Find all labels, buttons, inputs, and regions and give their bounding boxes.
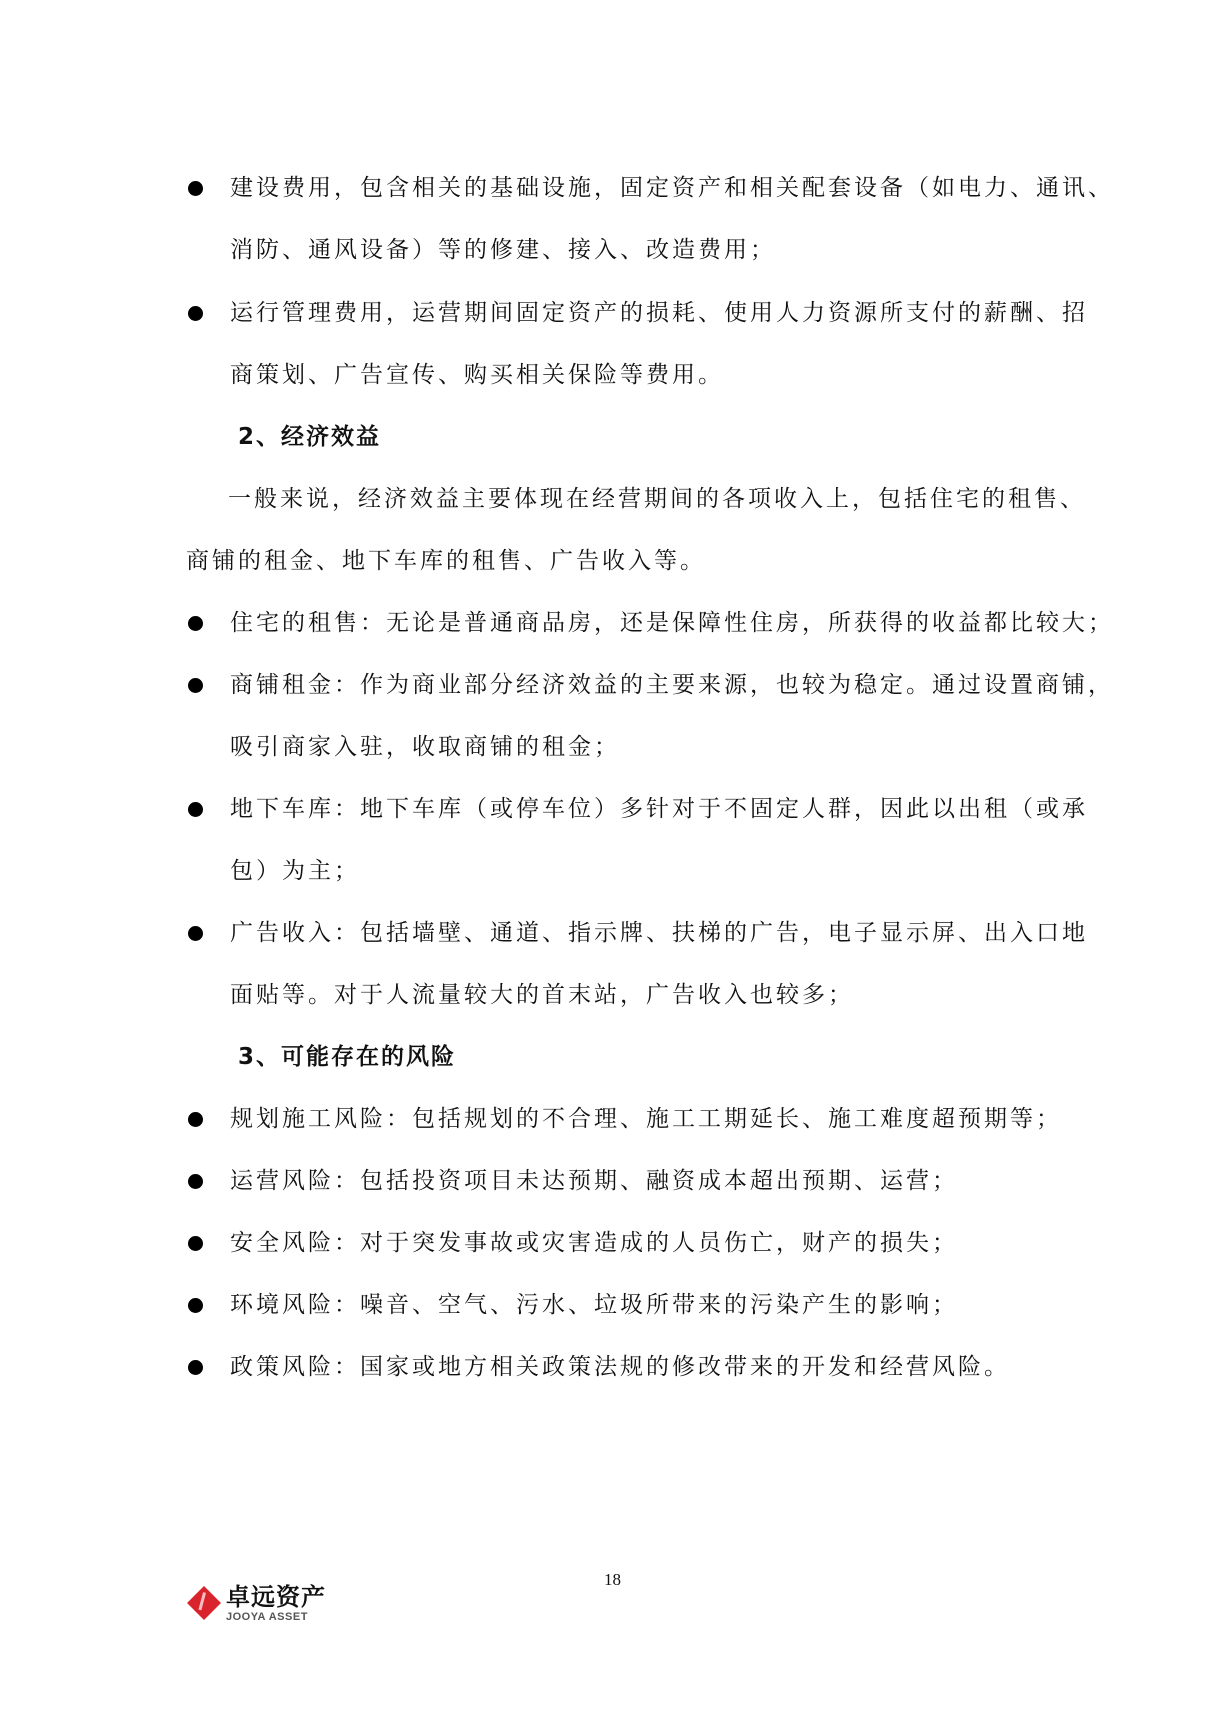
- section3-item-2: 运营风险：包括投资项目未达预期、融资成本超出预期、运营；: [230, 1166, 958, 1196]
- bullet-icon: [188, 1360, 203, 1375]
- bullet-icon: [188, 1112, 203, 1127]
- logo-english-name: JOOYA ASSET: [226, 1611, 308, 1623]
- section2-item-2-line-1: 商铺租金：作为商业部分经济效益的主要来源，也较为稳定。通过设置商铺，: [230, 670, 1114, 700]
- section2-item-4-line-1: 广告收入：包括墙壁、通道、指示牌、扶梯的广告，电子显示屏、出入口地: [230, 918, 1088, 948]
- section2-item-1-line-1: 住宅的租售：无论是普通商品房，还是保障性住房，所获得的收益都比较大；: [230, 608, 1114, 638]
- bullet-icon: [188, 616, 203, 631]
- bullet-icon: [188, 802, 203, 817]
- section2-intro-line-1: 一般来说，经济效益主要体现在经营期间的各项收入上，包括住宅的租售、: [228, 484, 1086, 514]
- section2-item-2-line-2: 吸引商家入驻，收取商铺的租金；: [230, 732, 620, 762]
- section2-intro-line-2: 商铺的租金、地下车库的租售、广告收入等。: [186, 546, 706, 576]
- section2-item-3-line-2: 包）为主；: [230, 856, 360, 886]
- cost-item-2-line-2: 商策划、广告宣传、购买相关保险等费用。: [230, 360, 724, 390]
- bullet-icon: [188, 1236, 203, 1251]
- bullet-icon: [188, 678, 203, 693]
- section3-item-3: 安全风险：对于突发事故或灾害造成的人员伤亡，财产的损失；: [230, 1228, 958, 1258]
- bullet-icon: [188, 306, 203, 321]
- section-heading-economic-benefits: 2、经济效益: [238, 422, 381, 452]
- bullet-icon: [188, 1174, 203, 1189]
- section2-item-4-line-2: 面贴等。对于人流量较大的首末站，广告收入也较多；: [230, 980, 854, 1010]
- cost-item-2-line-1: 运行管理费用，运营期间固定资产的损耗、使用人力资源所支付的薪酬、招: [230, 298, 1088, 328]
- company-logo: 卓远资产 JOOYA ASSET: [190, 1583, 350, 1633]
- logo-diamond-icon: [187, 1586, 221, 1620]
- section2-item-3-line-1: 地下车库：地下车库（或停车位）多针对于不固定人群，因此以出租（或承: [230, 794, 1088, 824]
- cost-item-1-line-1: 建设费用，包含相关的基础设施，固定资产和相关配套设备（如电力、通讯、: [230, 173, 1114, 203]
- document-page: 建设费用，包含相关的基础设施，固定资产和相关配套设备（如电力、通讯、 消防、通风…: [0, 0, 1224, 1720]
- section-heading-risks: 3、可能存在的风险: [238, 1042, 456, 1072]
- bullet-icon: [188, 926, 203, 941]
- section3-item-5: 政策风险：国家或地方相关政策法规的修改带来的开发和经营风险。: [230, 1352, 1010, 1382]
- section3-item-1: 规划施工风险：包括规划的不合理、施工工期延长、施工难度超预期等；: [230, 1104, 1062, 1134]
- section3-item-4: 环境风险：噪音、空气、污水、垃圾所带来的污染产生的影响；: [230, 1290, 958, 1320]
- bullet-icon: [188, 1298, 203, 1313]
- page-number: 18: [604, 1570, 621, 1590]
- cost-item-1-line-2: 消防、通风设备）等的修建、接入、改造费用；: [230, 235, 776, 265]
- logo-chinese-name: 卓远资产: [226, 1583, 326, 1611]
- bullet-icon: [188, 181, 203, 196]
